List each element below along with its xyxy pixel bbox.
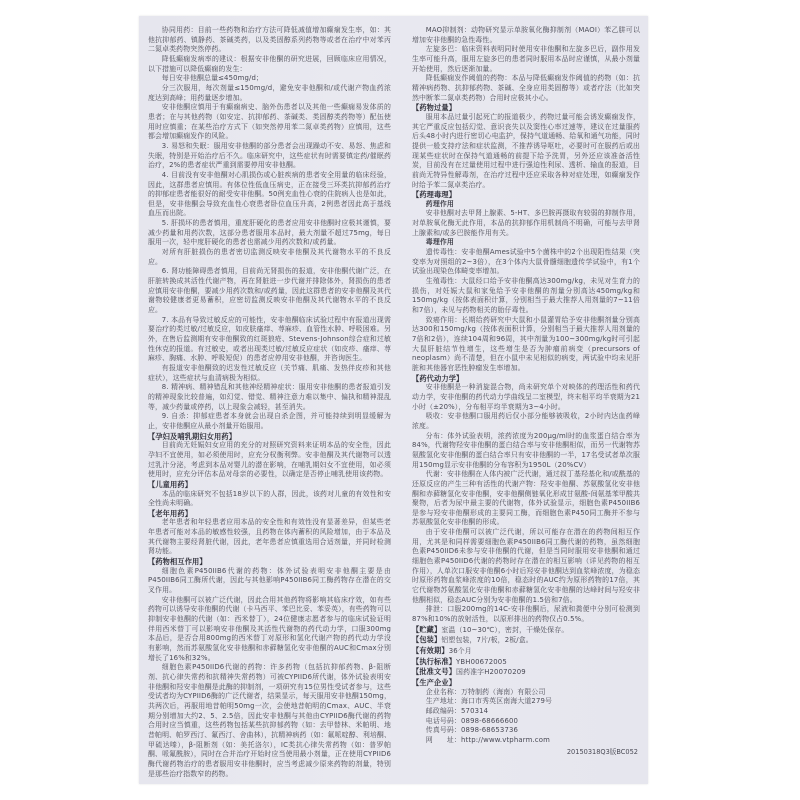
paragraph: 吸收：安非他酮口服用药后仅小部分能够被吸收，2小时内达血药峰浓度。 bbox=[412, 412, 640, 431]
paragraph: 对所有肝脏损伤的患者密切监测反映安非他酮及其代谢物水平的不良反应。 bbox=[148, 248, 391, 267]
right-column: MAO抑制剂：动物研究显示单胺氧化酶抑制剂（MAOI）苯乙肼可以增加安非他酮的急… bbox=[412, 26, 640, 746]
website-row: 网 址：http://www.vtpharm.com bbox=[412, 736, 640, 746]
phone-value: 0898-68666600 bbox=[461, 717, 518, 725]
paragraph: 遗传毒性：安非他酮Ames试验中5个菌株中的2个出现阳性结果（突变率为对照组的2… bbox=[412, 248, 640, 277]
info-row: 【包装】铝塑包装，7片/板，2板/盒。 bbox=[412, 635, 640, 646]
address-row: 生产地址：海口市秀英区南海大道279号 bbox=[412, 697, 640, 707]
paragraph: 分三次服用，每次剂量≤150mg/d，避免安非他酮和/或代谢产物血药浓度达到高峰… bbox=[148, 84, 391, 103]
info-row: 【贮藏】室温（10~30℃），密封，干燥处保存。 bbox=[412, 625, 640, 636]
section-heading: 【药代动力学】 bbox=[412, 374, 640, 384]
subsection-heading: 毒理作用 bbox=[412, 238, 640, 248]
company-row: 企业名称：万特制药（海南）有限公司 bbox=[412, 688, 640, 698]
paragraph: 安非他酮应慎用于有癫痫病史、脑外伤患者以及其他一些癫痫易发体质的患者；在与其他药… bbox=[148, 103, 391, 142]
info-value: YBH00672005 bbox=[456, 658, 507, 666]
paragraph: 细胞色素P450IIB6代谢的药物：体外试验表明安非他酮主要是由P450IIB6… bbox=[148, 567, 391, 596]
postcode-row: 邮政编码：570314 bbox=[412, 707, 640, 717]
postcode-label: 邮政编码： bbox=[426, 707, 461, 715]
address-label: 生产地址： bbox=[426, 697, 461, 705]
paragraph: 致癌作用：长期给药研究中大鼠和小鼠灌胃给予安非他酮剂量分别高达300和150mg… bbox=[412, 316, 640, 374]
paragraph: 安非他酮可以被广泛代谢，因此合用其他药物将影响其临床疗效，如有些药物可以诱导安非… bbox=[148, 596, 391, 664]
paragraph: 本品的临床研究不包括18岁以下的人群，因此，该药对儿童的有效性和安全性尚未明确。 bbox=[148, 490, 391, 509]
paragraph: 7. 本品有导致过敏反应的可能性，安非他酮临床试验过程中有报道出现需要治疗的类过… bbox=[148, 316, 391, 364]
paragraph: 左旋多巴：临床资料表明同时使用安非他酮和左旋多巴后，副作用发生率可能升高，服用左… bbox=[412, 45, 640, 74]
paragraph: 目前尚无妊娠妇女应用的充分的对照研究资料来证明本品的安全性，因此孕妇不宜使用，如… bbox=[148, 441, 391, 480]
paragraph: 分布：体外试验表明，浓药浓度为200μg/ml时的血浆蛋白结合率为84%，代谢物… bbox=[412, 432, 640, 471]
paragraph: 8. 精神病、精神错乱和其他神经精神症状：服用安非他酮的患者报道引发的精神现象比… bbox=[148, 383, 391, 412]
manufacturer-info: 企业名称：万特制药（海南）有限公司 生产地址：海口市秀英区南海大道279号 邮政… bbox=[412, 688, 640, 746]
company-label: 企业名称： bbox=[426, 688, 461, 696]
info-label: 【执行标准】 bbox=[412, 657, 456, 666]
info-label: 【批准文号】 bbox=[412, 667, 456, 676]
paragraph: 排泄：口服200mg的14C-安非他酮后，尿液和粪便中分别可检测到87%和10%… bbox=[412, 605, 640, 624]
section-heading: 【药理毒理】 bbox=[412, 190, 640, 200]
phone-row: 电话号码：0898-68666600 bbox=[412, 717, 640, 727]
paragraph: 降低癫痫发病率的建议：根据安非他酮的研究进展，回顾临床应用情况，以下措施可以降低… bbox=[148, 55, 391, 74]
info-row: 【有效期】36个月 bbox=[412, 646, 640, 657]
fax-label: 传真号码： bbox=[426, 726, 461, 734]
paragraph: 有报道安非他酮致的迟发性过敏反应（关节痛、肌痛、发热伴皮疹和其他症状），这些症状… bbox=[148, 364, 391, 383]
paragraph: 协同用药：目前一些药物和治疗方法可降低减值增加癫痫发生率，如：其他抗抑郁药、镇静… bbox=[148, 26, 391, 55]
info-row: 【执行标准】YBH00672005 bbox=[412, 657, 640, 668]
print-code: 20150318Q3版BC052 bbox=[567, 746, 638, 756]
company-name: 万特制药（海南）有限公司 bbox=[461, 688, 546, 696]
left-column: 协同用药：目前一些药物和治疗方法可降低减值增加癫痫发生率，如：其他抗抑郁药、镇静… bbox=[148, 26, 391, 779]
website-label: 网 址： bbox=[426, 736, 461, 744]
paragraph: 服用本品过量引起死亡的报道极少，药物过量可能会诱发癫痫发作，其它严重反应包括幻觉… bbox=[412, 113, 640, 190]
paragraph: 降低癫痫发作阈值的药物：本品与降低癫痫发作阈值的药物（如：抗精神病药物、抗抑郁药… bbox=[412, 74, 640, 103]
postcode-value: 570314 bbox=[461, 707, 488, 715]
paragraph: 3. 易怒和失眠：服用安非他酮的部分患者会出现躁动不安、易怒、焦虑和失眠，特别是… bbox=[148, 142, 391, 171]
paragraph: 由于安非他酮可以被广泛代谢，所以可能存在潜在的药物间相互作用，尤其是和同样需要细… bbox=[412, 528, 640, 605]
paragraph: 安非他酮对去甲肾上腺素、5-HT、多巴胺再摄取有较弱的抑制作用，对单胺氧化酶无此… bbox=[412, 209, 640, 238]
info-value: 室温（10~30℃），密封，干燥处保存。 bbox=[441, 626, 568, 634]
paragraph: 安非他酮是一种消旋混合物，尚未研究单个对映体的药理活性和药代动力学，安非他酮的药… bbox=[412, 383, 640, 412]
paragraph: 老年患者和年轻患者应用本品的安全性和有效性没有显著差异，但某些老年患者可能对本品… bbox=[148, 518, 391, 557]
info-label: 【包装】 bbox=[412, 635, 441, 644]
paragraph: MAO抑制剂：动物研究显示单胺氧化酶抑制剂（MAOI）苯乙肼可以增加安非他酮的急… bbox=[412, 26, 640, 45]
website-url: http://www.vtpharm.com bbox=[461, 736, 550, 744]
package-insert-sheet: 协同用药：目前一些药物和治疗方法可降低减值增加癫痫发生率，如：其他抗抑郁药、镇静… bbox=[139, 16, 648, 784]
paragraph: 6. 肾功能障碍患者慎用，目前尚无肾损伤的报道，安非他酮代谢广泛，在肝脏转换成其… bbox=[148, 267, 391, 315]
info-label: 【贮藏】 bbox=[412, 625, 441, 634]
paragraph: 4. 目前没有安非他酮对心肌损伤或心脏疾病的患者安全用量的临床经验，因此，这群患… bbox=[148, 171, 391, 219]
section-heading: 【孕妇及哺乳期妇女用药】 bbox=[148, 432, 391, 442]
info-value: 铝塑包装，7片/板，2板/盒。 bbox=[441, 636, 532, 644]
paragraph: 每日安非他酮总量≤450mg/d； bbox=[148, 74, 391, 84]
section-heading: 【药物相互作用】 bbox=[148, 557, 391, 567]
fax-row: 传真号码：0898-68653736 bbox=[412, 726, 640, 736]
section-heading: 【生产企业】 bbox=[412, 678, 640, 688]
info-value: 36个月 bbox=[449, 647, 472, 655]
info-value: 国药准字H20070209 bbox=[456, 668, 526, 676]
info-label: 【有效期】 bbox=[412, 646, 449, 655]
info-row: 【批准文号】国药准字H20070209 bbox=[412, 667, 640, 678]
paragraph: 9. 自杀：抑郁症患者本身就会出现自杀企图，并可能持续到明显缓解为止，安非他酮应… bbox=[148, 412, 391, 431]
section-heading: 【儿童用药】 bbox=[148, 480, 391, 490]
address-value: 海口市秀英区南海大道279号 bbox=[461, 697, 552, 705]
section-heading: 【药物过量】 bbox=[412, 103, 640, 113]
paragraph: 5. 肝损坏的患者慎用，重度肝硬化的患者应用安非他酮时应极其谨慎，要减少药量和用… bbox=[148, 219, 391, 248]
paragraph: 生殖毒性：大鼠经口给予安非他酮高达300mg/kg，未见对生育力的损伤，对妊娠大… bbox=[412, 277, 640, 316]
fax-value: 0898-68653736 bbox=[461, 726, 518, 734]
paragraph: 细胞色素P450IID6代谢的药物：许多药物（包括抗抑郁药物、β-阻断剂、抗心律… bbox=[148, 663, 391, 779]
phone-label: 电话号码： bbox=[426, 717, 461, 725]
paragraph: 代谢：安非他酮在人体内被广泛代谢，通过叔丁基羟基化和/或酰基的还原反应的产生三种… bbox=[412, 470, 640, 528]
